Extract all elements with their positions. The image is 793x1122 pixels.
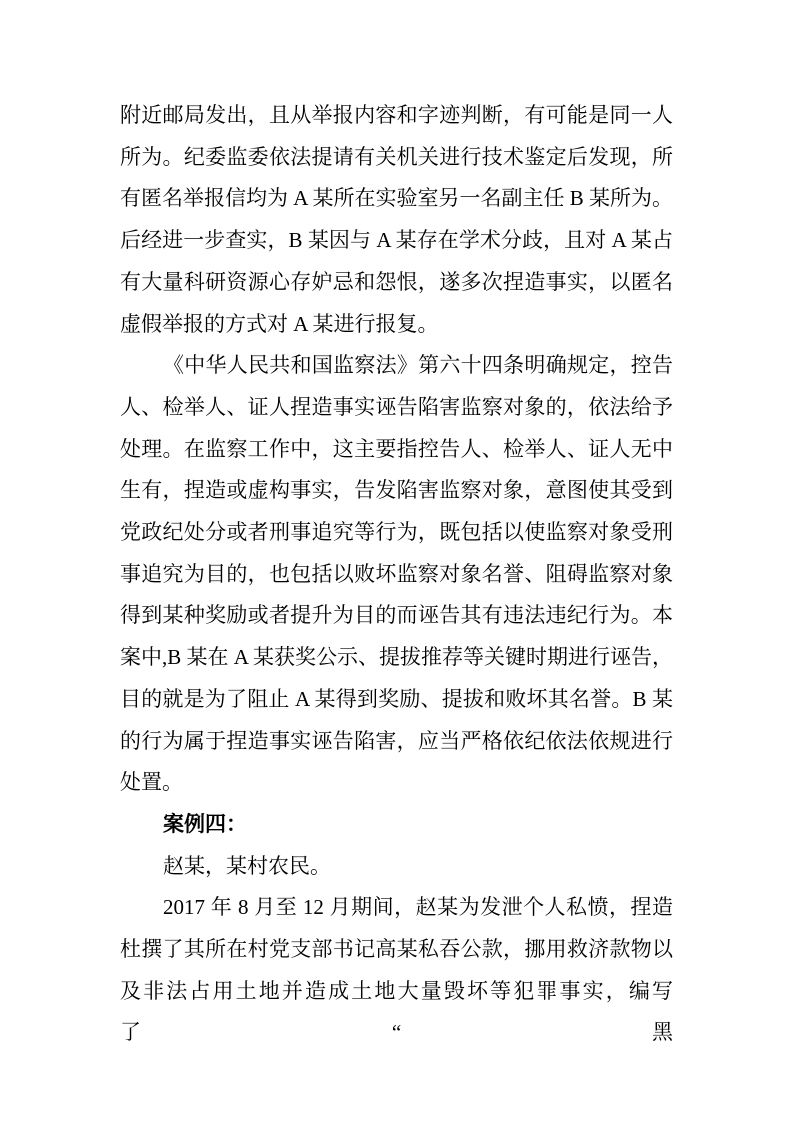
text-line: 2017 年 8 月至 12 月期间，赵某为发泄个人私愤，捏造 — [120, 887, 673, 929]
document-body: 附近邮局发出，且从举报内容和字迹判断，有可能是同一人所为。纪委监委依法提请有关机… — [120, 95, 673, 1054]
text-line: 后经进一步查实，B 某因与 A 某存在学术分歧，且对 A 某占 — [120, 220, 673, 262]
text-line: 人、检举人、证人捏造事实诬告陷害监察对象的，依法给予 — [120, 387, 673, 429]
paragraph-case4-person: 赵某，某村农民。 — [120, 846, 673, 888]
text-line: 案中,B 某在 A 某获奖公示、提拔推荐等关键时期进行诬告， — [120, 637, 673, 679]
text-line: 的行为属于捏造事实诬告陷害，应当严格依纪依法依规进行 — [120, 721, 673, 763]
text-line: 案例四： — [120, 804, 673, 846]
text-line: 党政纪处分或者刑事追究等行为，既包括以使监察对象受刑 — [120, 512, 673, 554]
text-line: 事追究为目的，也包括以败坏监察对象名誉、阻碍监察对象 — [120, 554, 673, 596]
text-line: 附近邮局发出，且从举报内容和字迹判断，有可能是同一人 — [120, 95, 673, 137]
text-line: 有匿名举报信均为 A 某所在实验室另一名副主任 B 某所为。 — [120, 178, 673, 220]
paragraph-law-analysis: 《中华人民共和国监察法》第六十四条明确规定，控告人、检举人、证人捏造事实诬告陷害… — [120, 345, 673, 804]
document-page: 附近邮局发出，且从举报内容和字迹判断，有可能是同一人所为。纪委监委依法提请有关机… — [0, 0, 793, 1122]
paragraph-case3-facts-continued: 附近邮局发出，且从举报内容和字迹判断，有可能是同一人所为。纪委监委依法提请有关机… — [120, 95, 673, 345]
text-line: 生有，捏造或虚构事实，告发陷害监察对象，意图使其受到 — [120, 470, 673, 512]
text-line: 及非法占用土地并造成土地大量毁坏等犯罪事实，编写了“黑 — [120, 971, 673, 1054]
text-line: 所为。纪委监委依法提请有关机关进行技术鉴定后发现，所 — [120, 137, 673, 179]
text-line: 处置。 — [120, 762, 673, 804]
text-line: 处理。在监察工作中，这主要指控告人、检举人、证人无中 — [120, 429, 673, 471]
text-line: 赵某，某村农民。 — [120, 846, 673, 888]
text-line: 得到某种奖励或者提升为目的而诬告其有违法违纪行为。本 — [120, 595, 673, 637]
text-line: 杜撰了其所在村党支部书记高某私吞公款，挪用救济款物以 — [120, 929, 673, 971]
text-line: 虚假举报的方式对 A 某进行报复。 — [120, 304, 673, 346]
text-line: 有大量科研资源心存妒忌和怨恨，遂多次捏造事实，以匿名 — [120, 262, 673, 304]
text-line: 《中华人民共和国监察法》第六十四条明确规定，控告 — [120, 345, 673, 387]
paragraph-case4-facts: 2017 年 8 月至 12 月期间，赵某为发泄个人私愤，捏造杜撰了其所在村党支… — [120, 887, 673, 1054]
paragraph-case4-heading: 案例四： — [120, 804, 673, 846]
text-line: 目的就是为了阻止 A 某得到奖励、提拔和败坏其名誉。B 某 — [120, 679, 673, 721]
